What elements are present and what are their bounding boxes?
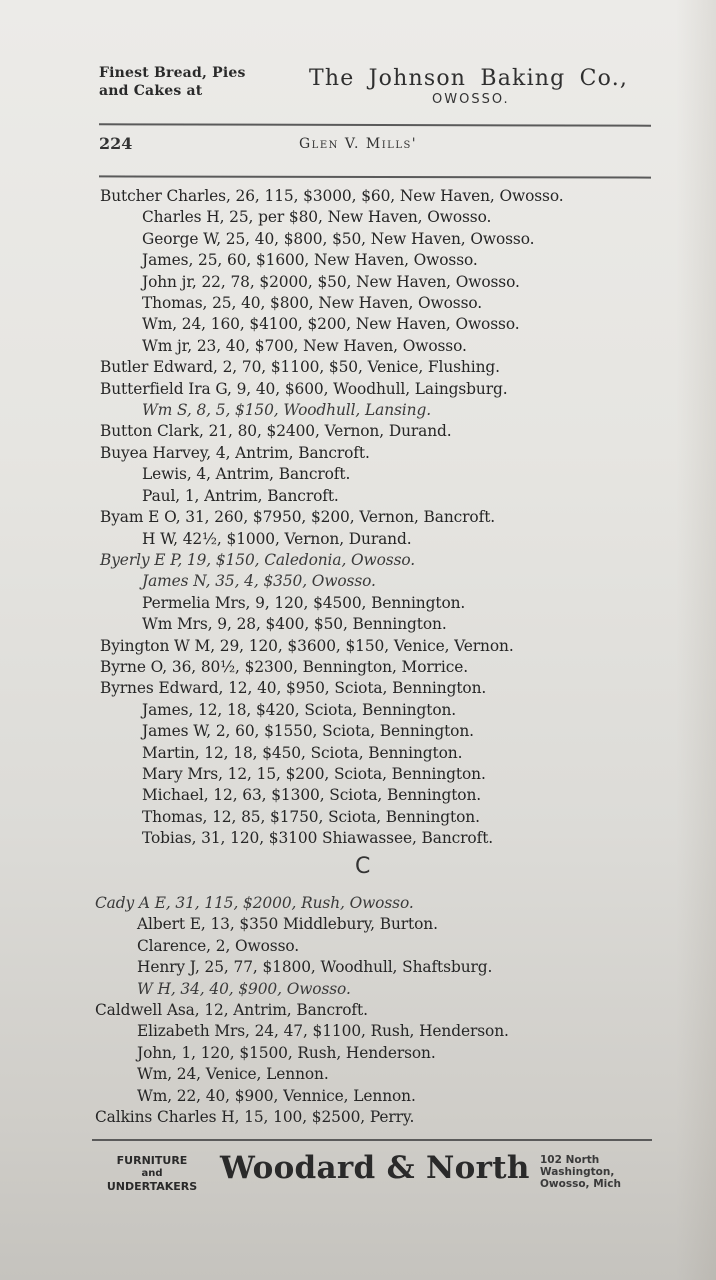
directory-entry: Butcher Charles, 26, 115, $3000, $60, Ne…	[100, 186, 670, 207]
directory-entry: Butler Edward, 2, 70, $1100, $50, Venice…	[100, 357, 670, 378]
directory-entries-c: Cady A E, 31, 115, $2000, Rush, Owosso.A…	[95, 893, 670, 1128]
directory-entry: Clarence, 2, Owosso.	[95, 936, 670, 957]
directory-entry: Byington W M, 29, 120, $3600, $150, Veni…	[100, 636, 670, 657]
directory-entry: Wm, 24, Venice, Lennon.	[95, 1064, 670, 1085]
directory-entry: Byrne O, 36, 80½, $2300, Bennington, Mor…	[100, 657, 670, 678]
directory-entry: Byerly E P, 19, $150, Caledonia, Owosso.	[100, 550, 670, 571]
directory-entry: James N, 35, 4, $350, Owosso.	[100, 571, 670, 592]
address-line-2: Washington,	[540, 1166, 621, 1178]
directory-entry: James, 25, 60, $1600, New Haven, Owosso.	[100, 250, 670, 271]
directory-entry: W H, 34, 40, $900, Owosso.	[95, 979, 670, 1000]
directory-entry: Buyea Harvey, 4, Antrim, Bancroft.	[100, 443, 670, 464]
directory-entry: George W, 25, 40, $800, $50, New Haven, …	[100, 229, 670, 250]
bakery-tagline: Finest Bread, Pies and Cakes at	[99, 64, 246, 100]
woodard-north-brand: Woodard & North	[220, 1150, 530, 1186]
directory-entry: Albert E, 13, $350 Middlebury, Burton.	[95, 914, 670, 935]
directory-entry: Michael, 12, 63, $1300, Sciota, Benningt…	[100, 785, 670, 806]
bakery-company-name: The Johnson Baking Co.,	[309, 66, 628, 91]
directory-entry: Lewis, 4, Antrim, Bancroft.	[100, 464, 670, 485]
directory-entry: Caldwell Asa, 12, Antrim, Bancroft.	[95, 1000, 670, 1021]
tagline-and: and	[92, 1167, 212, 1180]
tagline-furniture: FURNITURE	[117, 1154, 188, 1167]
directory-entry: Mary Mrs, 12, 15, $200, Sciota, Benningt…	[100, 764, 670, 785]
directory-entry: Permelia Mrs, 9, 120, $4500, Bennington.	[100, 593, 670, 614]
directory-entry: Thomas, 12, 85, $1750, Sciota, Benningto…	[100, 807, 670, 828]
directory-entry: Button Clark, 21, 80, $2400, Vernon, Dur…	[100, 421, 670, 442]
directory-entry: John, 1, 120, $1500, Rush, Henderson.	[95, 1043, 670, 1064]
directory-entry: Wm, 22, 40, $900, Vennice, Lennon.	[95, 1086, 670, 1107]
directory-entry: Wm, 24, 160, $4100, $200, New Haven, Owo…	[100, 314, 670, 335]
directory-entry: Elizabeth Mrs, 24, 47, $1100, Rush, Hend…	[95, 1021, 670, 1042]
tagline-line-1: Finest Bread, Pies	[99, 64, 246, 82]
running-head: 224 Glen V. Mills'	[99, 134, 651, 156]
header-advertisement: Finest Bread, Pies and Cakes at The John…	[99, 62, 651, 112]
footer-divider	[92, 1139, 652, 1141]
directory-entry: Henry J, 25, 77, $1800, Woodhull, Shafts…	[95, 957, 670, 978]
directory-entry: Butterfield Ira G, 9, 40, $600, Woodhull…	[100, 379, 670, 400]
directory-entry: Wm Mrs, 9, 28, $400, $50, Bennington.	[100, 614, 670, 635]
directory-entry: Martin, 12, 18, $450, Sciota, Bennington…	[100, 743, 670, 764]
directory-entry: Cady A E, 31, 115, $2000, Rush, Owosso.	[95, 893, 670, 914]
section-letter: C	[355, 854, 370, 879]
directory-entry: Paul, 1, Antrim, Bancroft.	[100, 486, 670, 507]
directory-entries-b: Butcher Charles, 26, 115, $3000, $60, Ne…	[100, 186, 670, 850]
tagline-line-2: and Cakes at	[99, 82, 246, 100]
directory-entry: Charles H, 25, per $80, New Haven, Owoss…	[100, 207, 670, 228]
head-divider	[99, 175, 651, 178]
directory-entry: James W, 2, 60, $1550, Sciota, Benningto…	[100, 721, 670, 742]
page-edge-shadow	[676, 0, 716, 1280]
bakery-city: OWOSSO.	[432, 92, 510, 107]
directory-entry: Wm jr, 23, 40, $700, New Haven, Owosso.	[100, 336, 670, 357]
directory-entry: John jr, 22, 78, $2000, $50, New Haven, …	[100, 272, 670, 293]
store-address: 102 North Washington, Owosso, Mich	[540, 1154, 621, 1190]
directory-entry: Byam E O, 31, 260, $7950, $200, Vernon, …	[100, 507, 670, 528]
address-line-3: Owosso, Mich	[540, 1178, 621, 1190]
directory-entry: Wm S, 8, 5, $150, Woodhull, Lansing.	[100, 400, 670, 421]
top-divider	[99, 123, 651, 126]
footer-advertisement: FURNITURE and UNDERTAKERS Woodard & Nort…	[92, 1150, 652, 1200]
undertaker-tagline: FURNITURE and UNDERTAKERS	[92, 1154, 212, 1193]
address-line-1: 102 North	[540, 1154, 621, 1166]
directory-entry: Byrnes Edward, 12, 40, $950, Sciota, Ben…	[100, 678, 670, 699]
directory-entry: Calkins Charles H, 15, 100, $2500, Perry…	[95, 1107, 670, 1128]
directory-title: Glen V. Mills'	[299, 136, 417, 152]
page-number: 224	[99, 134, 132, 153]
directory-entry: James, 12, 18, $420, Sciota, Bennington.	[100, 700, 670, 721]
tagline-undertakers: UNDERTAKERS	[107, 1180, 197, 1193]
directory-entry: Tobias, 31, 120, $3100 Shiawassee, Bancr…	[100, 828, 670, 849]
directory-entry: H W, 42½, $1000, Vernon, Durand.	[100, 529, 670, 550]
directory-entry: Thomas, 25, 40, $800, New Haven, Owosso.	[100, 293, 670, 314]
